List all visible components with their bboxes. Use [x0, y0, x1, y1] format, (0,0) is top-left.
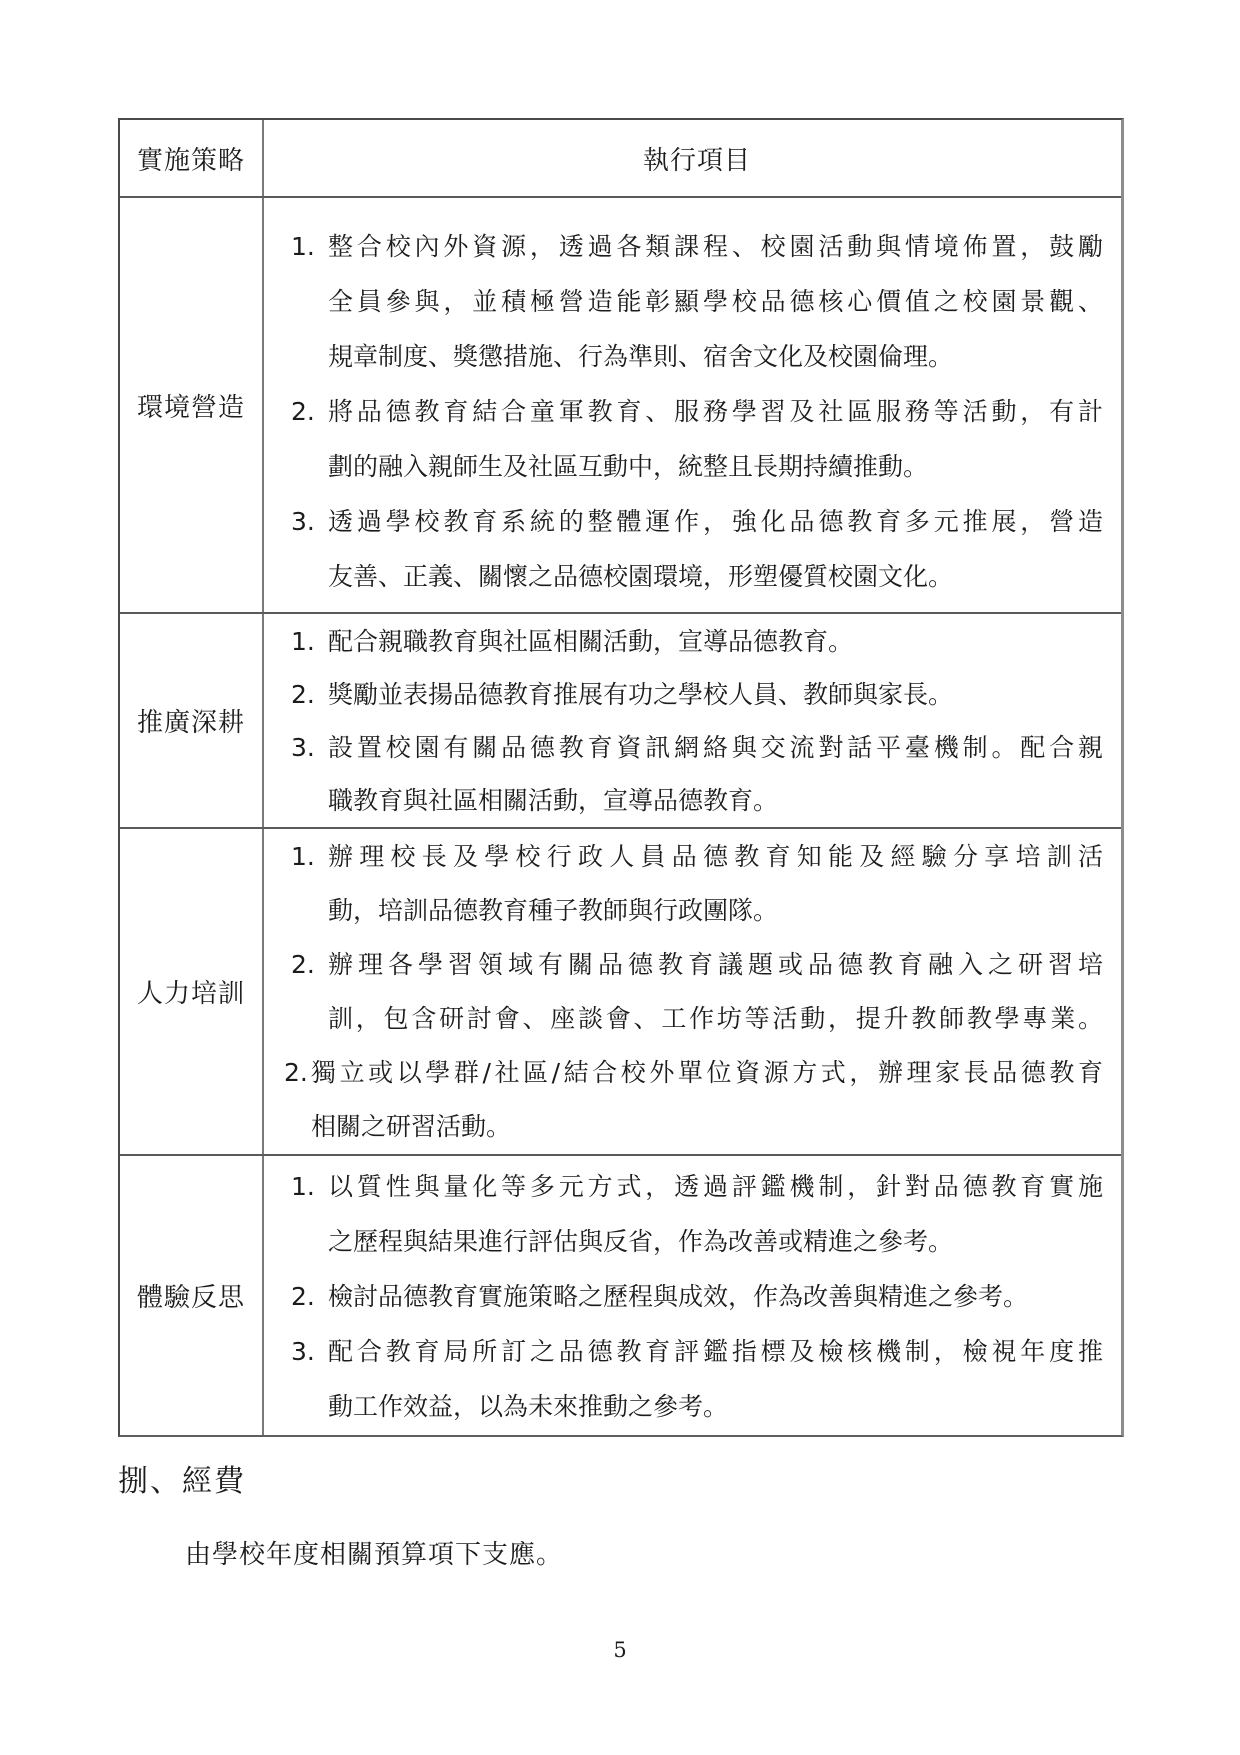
list-item-line: 之歷程與結果進行評估與反省，作為改善或精進之參考。: [328, 1214, 1103, 1269]
items-cell: 1. 辦理校長及學校行政人員品德教育知能及經驗分享培訓活 動，培訓品德教育種子教…: [264, 829, 1121, 1154]
list-item-line: 全員參與，並積極營造能彰顯學校品德核心價值之校園景觀、: [328, 274, 1103, 329]
list-item-line: 動工作效益，以為未來推動之參考。: [328, 1379, 1103, 1434]
document-page: 實施策略 執行項目 環境營造 1. 整合校內外資源，透過各類課程、校園活動與情境…: [0, 0, 1240, 1755]
items-cell: 1. 整合校內外資源，透過各類課程、校園活動與情境佈置，鼓勵 全員參與，並積極營…: [264, 198, 1121, 612]
list-item-line: 職教育與社區相關活動，宣導品德教育。: [328, 774, 1103, 827]
list-item-number: 2.: [291, 668, 325, 721]
list-item: 1. 配合親職教育與社區相關活動，宣導品德教育。: [291, 615, 1103, 668]
list-item-number: 3.: [291, 721, 325, 774]
list-item-line: 透過學校教育系統的整體運作，強化品德教育多元推展，營造: [328, 494, 1103, 549]
table-row: 人力培訓 1. 辦理校長及學校行政人員品德教育知能及經驗分享培訓活 動，培訓品德…: [120, 827, 1121, 1154]
table-row: 推廣深耕 1. 配合親職教育與社區相關活動，宣導品德教育。 2. 獎勵並表揚品德…: [120, 612, 1121, 827]
list-item-number: 1.: [291, 615, 325, 668]
list-item-line: 以質性與量化等多元方式，透過評鑑機制，針對品德教育實施: [328, 1159, 1103, 1214]
list-item-line: 配合親職教育與社區相關活動，宣導品德教育。: [328, 615, 1103, 668]
strategy-items-table: 實施策略 執行項目 環境營造 1. 整合校內外資源，透過各類課程、校園活動與情境…: [118, 118, 1124, 1437]
list-item-line: 設置校園有關品德教育資訊網絡與交流對話平臺機制。配合親: [328, 721, 1103, 774]
list-item-line: 檢討品德教育實施策略之歷程與成效，作為改善與精進之參考。: [328, 1269, 1103, 1324]
section-heading: 捌、經費: [118, 1464, 246, 1500]
list-item-number: 2.: [284, 1046, 318, 1100]
list-item-line: 相關之研習活動。: [311, 1100, 1103, 1154]
list-item-number: 3.: [291, 1324, 325, 1379]
list-item: 3. 透過學校教育系統的整體運作，強化品德教育多元推展，營造 友善、正義、關懷之…: [291, 494, 1103, 604]
list-item-number: 2.: [291, 938, 325, 992]
list-item: 3. 設置校園有關品德教育資訊網絡與交流對話平臺機制。配合親 職教育與社區相關活…: [291, 721, 1103, 827]
list-item-number: 2.: [291, 384, 325, 439]
header-cell-strategy: 實施策略: [120, 120, 264, 196]
table-row: 環境營造 1. 整合校內外資源，透過各類課程、校園活動與情境佈置，鼓勵 全員參與…: [120, 196, 1121, 612]
items-cell: 1. 以質性與量化等多元方式，透過評鑑機制，針對品德教育實施 之歷程與結果進行評…: [264, 1156, 1121, 1435]
list-item-line: 劃的融入親師生及社區互動中，統整且長期持續推動。: [328, 439, 1103, 494]
strategy-label: 體驗反思: [120, 1156, 264, 1435]
list-item: 2. 辦理各學習領域有關品德教育議題或品德教育融入之研習培 訓，包含研討會、座談…: [291, 938, 1103, 1046]
list-item-number: 3.: [291, 494, 325, 549]
list-item: 2. 獎勵並表揚品德教育推展有功之學校人員、教師與家長。: [291, 668, 1103, 721]
list-item-line: 配合教育局所訂之品德教育評鑑指標及檢核機制，檢視年度推: [328, 1324, 1103, 1379]
list-item: 1. 以質性與量化等多元方式，透過評鑑機制，針對品德教育實施 之歷程與結果進行評…: [291, 1159, 1103, 1269]
header-cell-items: 執行項目: [264, 120, 1121, 196]
section-body-text: 由學校年度相關預算項下支應。: [185, 1538, 563, 1572]
items-cell: 1. 配合親職教育與社區相關活動，宣導品德教育。 2. 獎勵並表揚品德教育推展有…: [264, 614, 1121, 827]
table-row: 體驗反思 1. 以質性與量化等多元方式，透過評鑑機制，針對品德教育實施 之歷程與…: [120, 1154, 1121, 1435]
list-item-line: 動，培訓品德教育種子教師與行政團隊。: [328, 884, 1103, 938]
strategy-label: 人力培訓: [120, 829, 264, 1154]
list-item: 2. 檢討品德教育實施策略之歷程與成效，作為改善與精進之參考。: [291, 1269, 1103, 1324]
list-item-line: 辦理校長及學校行政人員品德教育知能及經驗分享培訓活: [328, 830, 1103, 884]
table-header-row: 實施策略 執行項目: [120, 120, 1121, 196]
list-item-number: 2.: [291, 1269, 325, 1324]
list-item-number: 1.: [291, 1159, 325, 1214]
page-number: 5: [0, 1638, 1240, 1662]
list-item-line: 辦理各學習領域有關品德教育議題或品德教育融入之研習培: [328, 938, 1103, 992]
list-item: 1. 整合校內外資源，透過各類課程、校園活動與情境佈置，鼓勵 全員參與，並積極營…: [291, 219, 1103, 384]
list-item-line: 整合校內外資源，透過各類課程、校園活動與情境佈置，鼓勵: [328, 219, 1103, 274]
strategy-label: 環境營造: [120, 198, 264, 612]
list-item: 2. 將品德教育結合童軍教育、服務學習及社區服務等活動，有計 劃的融入親師生及社…: [291, 384, 1103, 494]
list-item-line: 友善、正義、關懷之品德校園環境，形塑優質校園文化。: [328, 549, 1103, 604]
list-item-line: 訓，包含研討會、座談會、工作坊等活動，提升教師教學專業。: [328, 992, 1103, 1046]
strategy-label: 推廣深耕: [120, 614, 264, 827]
list-item-number: 1.: [291, 830, 325, 884]
list-item-line: 規章制度、獎懲措施、行為準則、宿舍文化及校園倫理。: [328, 329, 1103, 384]
list-item: 3. 配合教育局所訂之品德教育評鑑指標及檢核機制，檢視年度推 動工作效益，以為未…: [291, 1324, 1103, 1434]
list-item-number: 1.: [291, 219, 325, 274]
list-item: 1. 辦理校長及學校行政人員品德教育知能及經驗分享培訓活 動，培訓品德教育種子教…: [291, 830, 1103, 938]
list-item-line: 獎勵並表揚品德教育推展有功之學校人員、教師與家長。: [328, 668, 1103, 721]
list-item-line: 將品德教育結合童軍教育、服務學習及社區服務等活動，有計: [328, 384, 1103, 439]
list-item-line: 獨立或以學群/社區/結合校外單位資源方式，辦理家長品德教育: [311, 1046, 1103, 1100]
list-item: 2. 獨立或以學群/社區/結合校外單位資源方式，辦理家長品德教育 相關之研習活動…: [284, 1046, 1103, 1154]
